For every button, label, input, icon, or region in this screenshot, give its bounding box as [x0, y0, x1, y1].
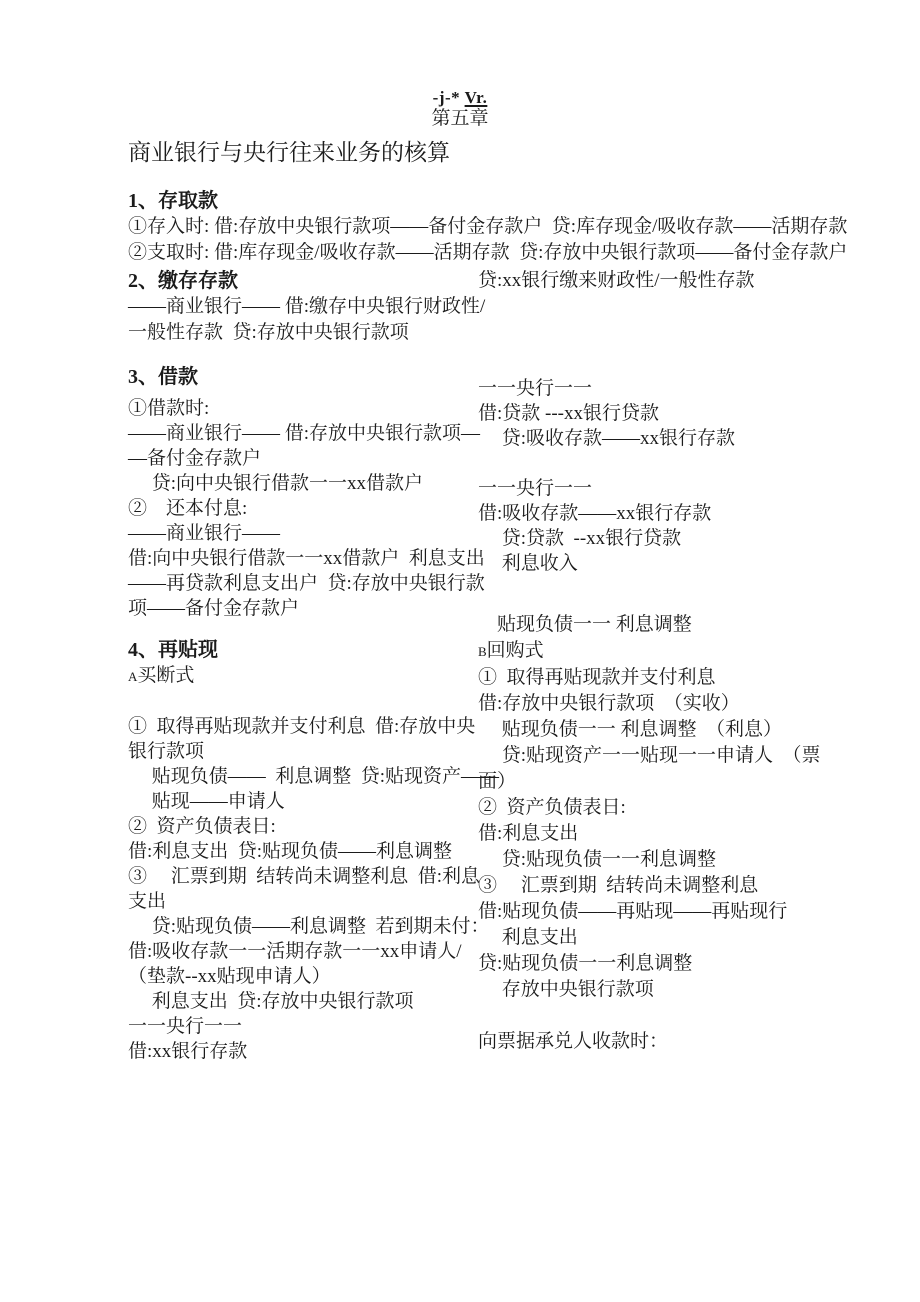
- section-4-left-lines: ① 取得再贴现款并支付利息 借:存放中央 银行款项 贴现负债—— 利息调整 贷:…: [128, 689, 500, 1064]
- page-title: 商业银行与央行往来业务的核算: [128, 138, 450, 168]
- text-line: 贷:吸收存款——xx银行存款: [478, 426, 888, 451]
- text-line: [478, 451, 888, 476]
- text-line: 贷:贴现资产一一贴现一一申请人 （票: [478, 743, 888, 769]
- section-2-left-lines: ——商业银行—— 借:缴存中央银行财政性/ 一般性存款 贷:存放中央银行款项: [128, 294, 498, 346]
- text-line: ——商业银行——: [128, 521, 500, 546]
- text-line: 借:xx银行存款: [128, 1039, 500, 1064]
- text-line: ② 还本付息:: [128, 496, 500, 521]
- section-1-heading: 1、存取款: [128, 188, 888, 214]
- text-line: 一一央行一一: [478, 476, 888, 501]
- section-4-left: 4、再贴现 A买断式 ① 取得再贴现款并支付利息 借:存放中央 银行款项 贴现负…: [128, 638, 500, 1064]
- text-line: ——商业银行—— 借:缴存中央银行财政性/: [128, 294, 498, 320]
- text-line: 借:吸收存款一一活期存款一一xx申请人/: [128, 939, 500, 964]
- section-3-left-lines: ①借款时: ——商业银行—— 借:存放中央银行款项— —备付金存款户 贷:向中央…: [128, 396, 500, 621]
- section-2-heading: 2、缴存存款: [128, 268, 498, 294]
- text-line: 借:利息支出 贷:贴现负债——利息调整: [128, 839, 500, 864]
- text-line: 利息收入: [478, 551, 888, 576]
- page-header: -j-* Vr. 第五章: [0, 88, 920, 129]
- text-line: ③ 汇票到期 结转尚未调整利息: [478, 873, 888, 899]
- text-line: 贴现负债一一 利息调整 （利息）: [478, 717, 888, 743]
- text-line: 贷:向中央银行借款一一xx借款户: [128, 471, 500, 496]
- subsection-a-marker: A: [128, 669, 137, 684]
- header-mark-prefix: -j-*: [433, 88, 465, 107]
- subsection-b-marker: B: [478, 644, 487, 659]
- text-line: 一般性存款 贷:存放中央银行款项: [128, 320, 498, 346]
- subsection-a-heading: A买断式: [128, 663, 500, 689]
- text-line: ② 资产负债表日:: [128, 814, 500, 839]
- text-line: ① 取得再贴现款并支付利息: [478, 665, 888, 691]
- text-line: 一一央行一一: [128, 1014, 500, 1039]
- text-line: 利息支出 贷:存放中央银行款项: [128, 989, 500, 1014]
- text-line: ①借款时:: [128, 396, 500, 421]
- text-line: 项——备付金存款户: [128, 596, 500, 621]
- text-line: 借:贷款 ---xx银行贷款: [478, 401, 888, 426]
- text-line: 借:向中央银行借款一一xx借款户 利息支出: [128, 546, 500, 571]
- text-line: 银行款项: [128, 739, 500, 764]
- text-line: 贷:xx银行缴来财政性/一般性存款: [478, 268, 888, 294]
- section-1-lines: ①存入时: 借:存放中央银行款项——备付金存款户 贷:库存现金/吸收存款——活期…: [128, 214, 888, 266]
- text-line: ②支取时: 借:库存现金/吸收存款——活期存款 贷:存放中央银行款项——备付金存…: [128, 240, 888, 266]
- text-line: ② 资产负债表日:: [478, 795, 888, 821]
- text-line: 借:利息支出: [478, 821, 888, 847]
- text-line: ——再贷款利息支出户 贷:存放中央银行款: [128, 571, 500, 596]
- text-line: 贴现——申请人: [128, 789, 500, 814]
- text-line: 存放中央银行款项: [478, 977, 888, 1003]
- section-3-right: 一一央行一一 借:贷款 ---xx银行贷款 贷:吸收存款——xx银行存款 一一央…: [478, 376, 888, 576]
- subsection-b-heading: B回购式: [478, 638, 888, 665]
- section-4-right: 贴现负债一一 利息调整 B回购式 ① 取得再贴现款并支付利息 借:存放中央银行款…: [478, 612, 888, 1055]
- text-line: 借:贴现负债——再贴现——再贴现行: [478, 899, 888, 925]
- text-line: [128, 689, 500, 714]
- text-line: 利息支出: [478, 925, 888, 951]
- text-line: 贴现负债—— 利息调整 贷:贴现资产——: [128, 764, 500, 789]
- document-page: -j-* Vr. 第五章 商业银行与央行往来业务的核算 1、存取款 ①存入时: …: [0, 0, 920, 1302]
- section-3-heading: 3、借款: [128, 364, 500, 390]
- text-line: 借:吸收存款——xx银行存款: [478, 501, 888, 526]
- text-line: 向票据承兑人收款时：: [478, 1029, 888, 1055]
- text-line: 贷:贷款 --xx银行贷款: [478, 526, 888, 551]
- text-line: [478, 1003, 888, 1029]
- text-line: —备付金存款户: [128, 446, 500, 471]
- text-line: 贷:贴现负债——利息调整 若到期未付：: [128, 914, 500, 939]
- header-mark-underlined: Vr.: [465, 88, 488, 107]
- text-line: 面）: [478, 769, 888, 795]
- text-line: （垫款--xx贴现申请人）: [128, 964, 500, 989]
- section-1-deposits: 1、存取款 ①存入时: 借:存放中央银行款项——备付金存款户 贷:库存现金/吸收…: [128, 188, 888, 266]
- text-line: ①存入时: 借:存放中央银行款项——备付金存款户 贷:库存现金/吸收存款——活期…: [128, 214, 888, 240]
- text-line: 借:存放中央银行款项 （实收）: [478, 691, 888, 717]
- text-line: 一一央行一一: [478, 376, 888, 401]
- text-line: ——商业银行—— 借:存放中央银行款项—: [128, 421, 500, 446]
- text-line: 贷:贴现负债一一利息调整: [478, 847, 888, 873]
- text-line: ① 取得再贴现款并支付利息 借:存放中央: [128, 714, 500, 739]
- section-2-left: 2、缴存存款 ——商业银行—— 借:缴存中央银行财政性/ 一般性存款 贷:存放中…: [128, 268, 498, 346]
- text-line: 贴现负债一一 利息调整: [478, 612, 888, 638]
- text-line: 贷:贴现负债一一利息调整: [478, 951, 888, 977]
- section-2-right: 贷:xx银行缴来财政性/一般性存款: [478, 268, 888, 294]
- subsection-b-label: 回购式: [487, 640, 544, 661]
- text-line: ③ 汇票到期 结转尚未调整利息 借:利息: [128, 864, 500, 889]
- section-4-heading: 4、再贴现: [128, 638, 500, 663]
- section-3-left: 3、借款 ①借款时: ——商业银行—— 借:存放中央银行款项— —备付金存款户 …: [128, 364, 500, 621]
- header-mark: -j-* Vr.: [0, 88, 920, 108]
- chapter-label: 第五章: [0, 108, 920, 129]
- text-line: 支出: [128, 889, 500, 914]
- subsection-a-label: 买断式: [137, 665, 194, 686]
